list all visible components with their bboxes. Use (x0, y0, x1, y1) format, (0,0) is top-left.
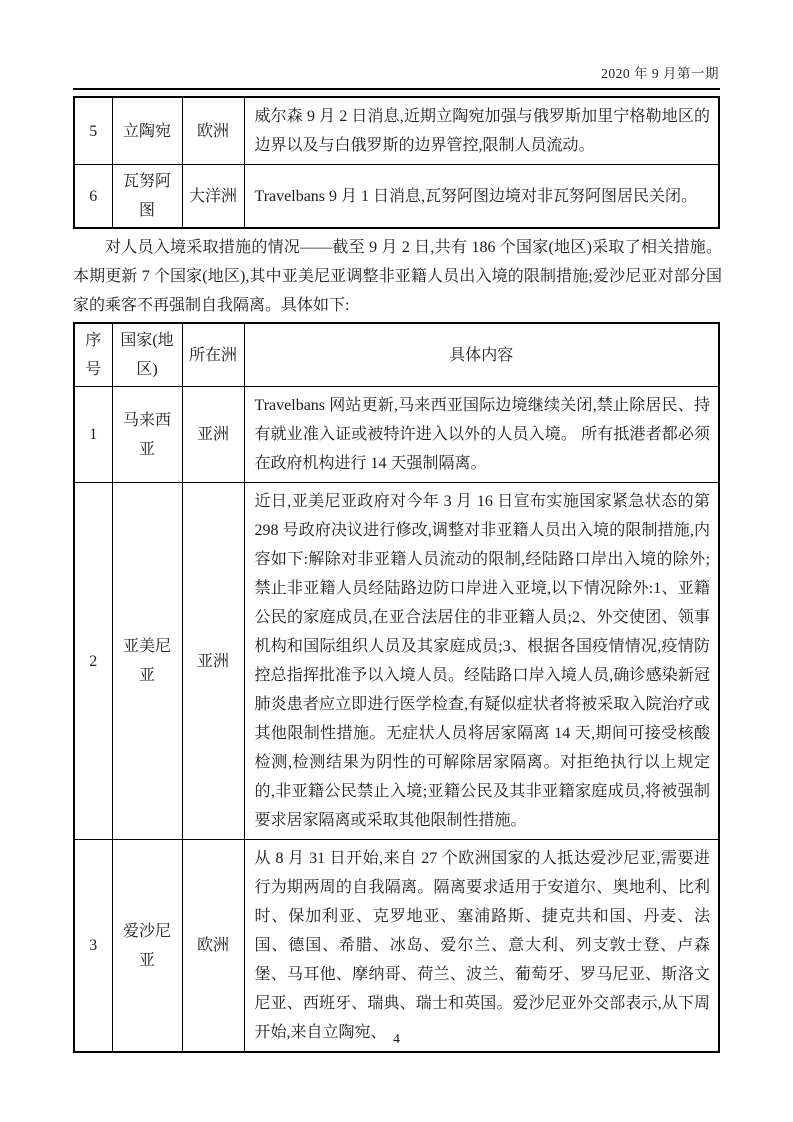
table-row: 5 立陶宛 欧洲 威尔森 9 月 2 日消息,近期立陶宛加强与俄罗斯加里宁格勒地… (74, 97, 719, 165)
measures-table-continued: 5 立陶宛 欧洲 威尔森 9 月 2 日消息,近期立陶宛加强与俄罗斯加里宁格勒地… (73, 96, 720, 229)
running-head-issue: 2020 年 9 月第一期 (601, 62, 719, 82)
country-cell: 立陶宛 (112, 97, 182, 165)
page-number: 4 (393, 1032, 400, 1047)
content-cell: 威尔森 9 月 2 日消息,近期立陶宛加强与俄罗斯加里宁格勒地区的边界以及与白俄… (244, 97, 719, 165)
row-number-cell: 2 (74, 483, 112, 840)
content-cell: Travelbans 网站更新,马来西亚国际边境继续关闭,禁止除居民、持有就业准… (244, 387, 719, 483)
country-cell: 爱沙尼亚 (112, 840, 182, 1053)
row-number-cell: 5 (74, 97, 112, 165)
row-number-cell: 3 (74, 840, 112, 1053)
header-num: 序号 (74, 323, 112, 387)
table-row: 3 爱沙尼亚 欧洲 从 8 月 31 日开始,来自 27 个欧洲国家的人抵达爱沙… (74, 840, 719, 1053)
row-number-cell: 6 (74, 165, 112, 229)
continent-cell: 大洋洲 (182, 165, 244, 229)
continent-cell: 亚洲 (182, 483, 244, 840)
table-row: 2 亚美尼亚 亚洲 近日,亚美尼亚政府对今年 3 月 16 日宣布实施国家紧急状… (74, 483, 719, 840)
country-cell: 瓦努阿图 (112, 165, 182, 229)
country-cell: 亚美尼亚 (112, 483, 182, 840)
content-cell: Travelbans 9 月 1 日消息,瓦努阿图边境对非瓦努阿图居民关闭。 (244, 165, 719, 229)
row-number-cell: 1 (74, 387, 112, 483)
entry-measures-table: 序号 国家(地区) 所在洲 具体内容 1 马来西亚 亚洲 Travelbans … (73, 322, 720, 1053)
content-cell: 从 8 月 31 日开始,来自 27 个欧洲国家的人抵达爱沙尼亚,需要进行为期两… (244, 840, 719, 1053)
page-footer: 4 (0, 1032, 793, 1048)
header-country: 国家(地区) (112, 323, 182, 387)
continent-cell: 欧洲 (182, 97, 244, 165)
table-row: 6 瓦努阿图 大洋洲 Travelbans 9 月 1 日消息,瓦努阿图边境对非… (74, 165, 719, 229)
document-page: 2020 年 9 月第一期 5 立陶宛 欧洲 威尔森 9 月 2 日消息,近期立… (0, 0, 793, 1122)
continent-cell: 欧洲 (182, 840, 244, 1053)
header-continent: 所在洲 (182, 323, 244, 387)
continent-cell: 亚洲 (182, 387, 244, 483)
table-row: 1 马来西亚 亚洲 Travelbans 网站更新,马来西亚国际边境继续关闭,禁… (74, 387, 719, 483)
header-content: 具体内容 (244, 323, 719, 387)
content-cell: 近日,亚美尼亚政府对今年 3 月 16 日宣布实施国家紧急状态的第 298 号政… (244, 483, 719, 840)
header-rule (73, 88, 720, 90)
intro-paragraph: 对人员入境采取措施的情况——截至 9 月 2 日,共有 186 个国家(地区)采… (73, 234, 722, 320)
table-header-row: 序号 国家(地区) 所在洲 具体内容 (74, 323, 719, 387)
country-cell: 马来西亚 (112, 387, 182, 483)
